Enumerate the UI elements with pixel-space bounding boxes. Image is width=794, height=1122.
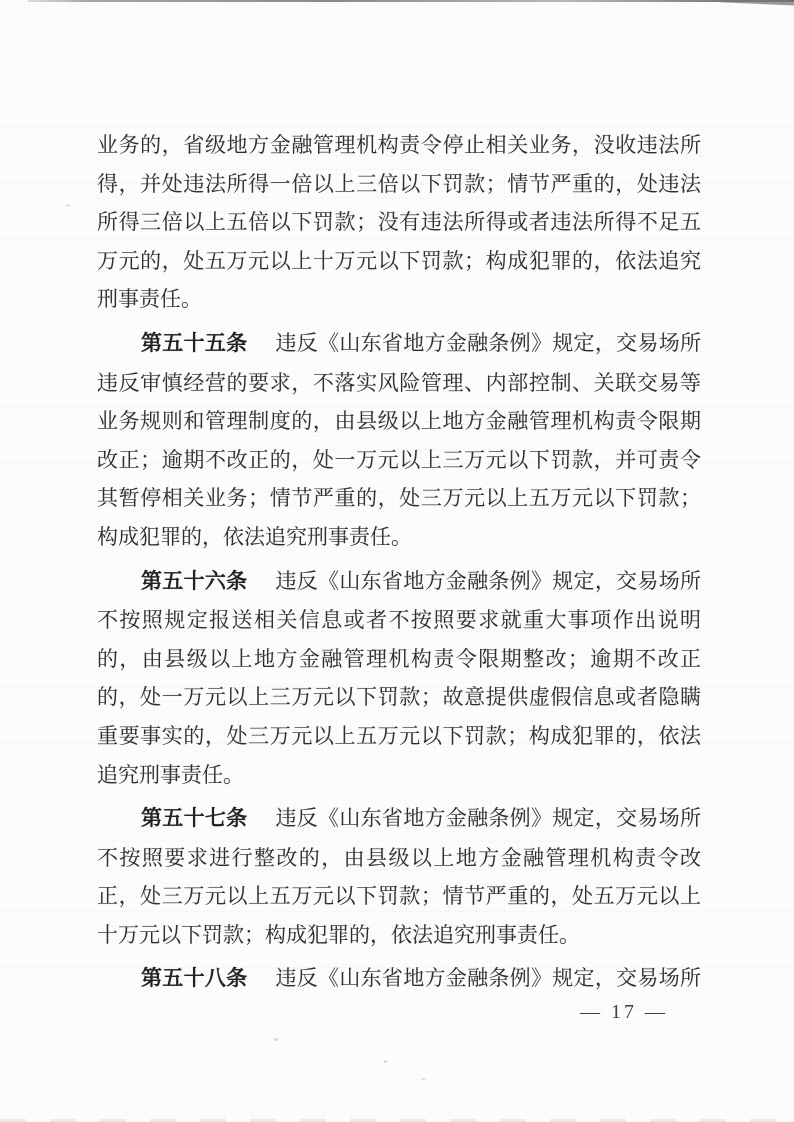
text-line: 第五十五条违反《山东省地方金融条例》规定，交易场所 — [97, 324, 701, 364]
text-line: 业务规则和管理制度的，由县级以上地方金融管理机构责令限期 — [97, 402, 701, 441]
text-line: 改正；逾期不改正的，处一万元以上三万元以下罚款，并可责令 — [97, 441, 701, 480]
line-text: 违反《山东省地方金融条例》规定，交易场所 — [275, 806, 701, 830]
text-line: 所得三倍以上五倍以下罚款；没有违法所得或者违法所得不足五 — [97, 203, 701, 242]
text-line: 的，处一万元以上三万元以下罚款；故意提供虚假信息或者隐瞒 — [97, 678, 701, 717]
line-text: 违反《山东省地方金融条例》规定，交易场所 — [275, 966, 701, 990]
scan-speck — [422, 1078, 425, 1080]
text-line: 违反审慎经营的要求，不落实风险管理、内部控制、关联交易等 — [97, 364, 701, 403]
text-line: 业务的，省级地方金融管理机构责令停止相关业务，没收违法所 — [97, 126, 701, 165]
scan-speck — [274, 1038, 278, 1041]
scan-artifact-top-right-corner — [720, 0, 794, 6]
scan-speck — [384, 1060, 387, 1063]
text-line: 追究刑事责任。 — [97, 756, 701, 795]
paragraph-article-55: 第五十五条违反《山东省地方金融条例》规定，交易场所违反审慎经营的要求，不落实风险… — [97, 324, 701, 557]
line-text: 业务的，省级地方金融管理机构责令停止相关业务，没收违法所 — [97, 133, 701, 157]
article-number: 第五十八条 — [141, 967, 247, 990]
scan-speck — [66, 204, 70, 207]
text-line: 十万元以下罚款；构成犯罪的，依法追究刑事责任。 — [97, 916, 701, 955]
document-body: 业务的，省级地方金融管理机构责令停止相关业务，没收违法所得，并处违法所得一倍以上… — [97, 126, 701, 999]
line-text: 违反《山东省地方金融条例》规定，交易场所 — [275, 331, 701, 355]
paragraph-continuation: 业务的，省级地方金融管理机构责令停止相关业务，没收违法所得，并处违法所得一倍以上… — [97, 126, 701, 319]
text-line: 万元的，处五万元以上十万元以下罚款；构成犯罪的，依法追究 — [97, 242, 701, 281]
text-line: 的，由县级以上地方金融管理机构责令限期整改；逾期不改正 — [97, 640, 701, 679]
text-line: 不按照要求进行整改的，由县级以上地方金融管理机构责令改 — [97, 839, 701, 878]
line-text: 违反《山东省地方金融条例》规定，交易场所 — [275, 569, 701, 593]
paragraph-article-57: 第五十七条违反《山东省地方金融条例》规定，交易场所不按照要求进行整改的，由县级以… — [97, 799, 701, 954]
text-line: 重要事实的，处三万元以上五万元以下罚款；构成犯罪的，依法 — [97, 717, 701, 756]
page-number-label: — 17 — — [580, 1001, 668, 1023]
page-number: — 17 — — [0, 1001, 794, 1024]
text-line: 不按照规定报送相关信息或者不按照要求就重大事项作出说明 — [97, 601, 701, 640]
text-line: 得，并处违法所得一倍以上三倍以下罚款；情节严重的，处违法 — [97, 165, 701, 204]
paragraph-article-56: 第五十六条违反《山东省地方金融条例》规定，交易场所不按照规定报送相关信息或者不按… — [97, 562, 701, 795]
text-line: 其暂停相关业务；情节严重的，处三万元以上五万元以下罚款； — [97, 479, 701, 518]
text-line: 第五十七条违反《山东省地方金融条例》规定，交易场所 — [97, 799, 701, 839]
text-line: 刑事责任。 — [97, 280, 701, 319]
text-line: 第五十八条违反《山东省地方金融条例》规定，交易场所 — [97, 959, 701, 999]
paragraph-article-58: 第五十八条违反《山东省地方金融条例》规定，交易场所 — [97, 959, 701, 999]
text-line: 构成犯罪的，依法追究刑事责任。 — [97, 518, 701, 557]
article-number: 第五十六条 — [141, 570, 247, 593]
scan-artifact-top-edge — [28, 0, 794, 2]
article-number: 第五十五条 — [141, 332, 247, 355]
text-line: 正，处三万元以上五万元以下罚款；情节严重的，处五万元以上 — [97, 877, 701, 916]
text-line: 第五十六条违反《山东省地方金融条例》规定，交易场所 — [97, 562, 701, 602]
article-number: 第五十七条 — [141, 807, 247, 830]
